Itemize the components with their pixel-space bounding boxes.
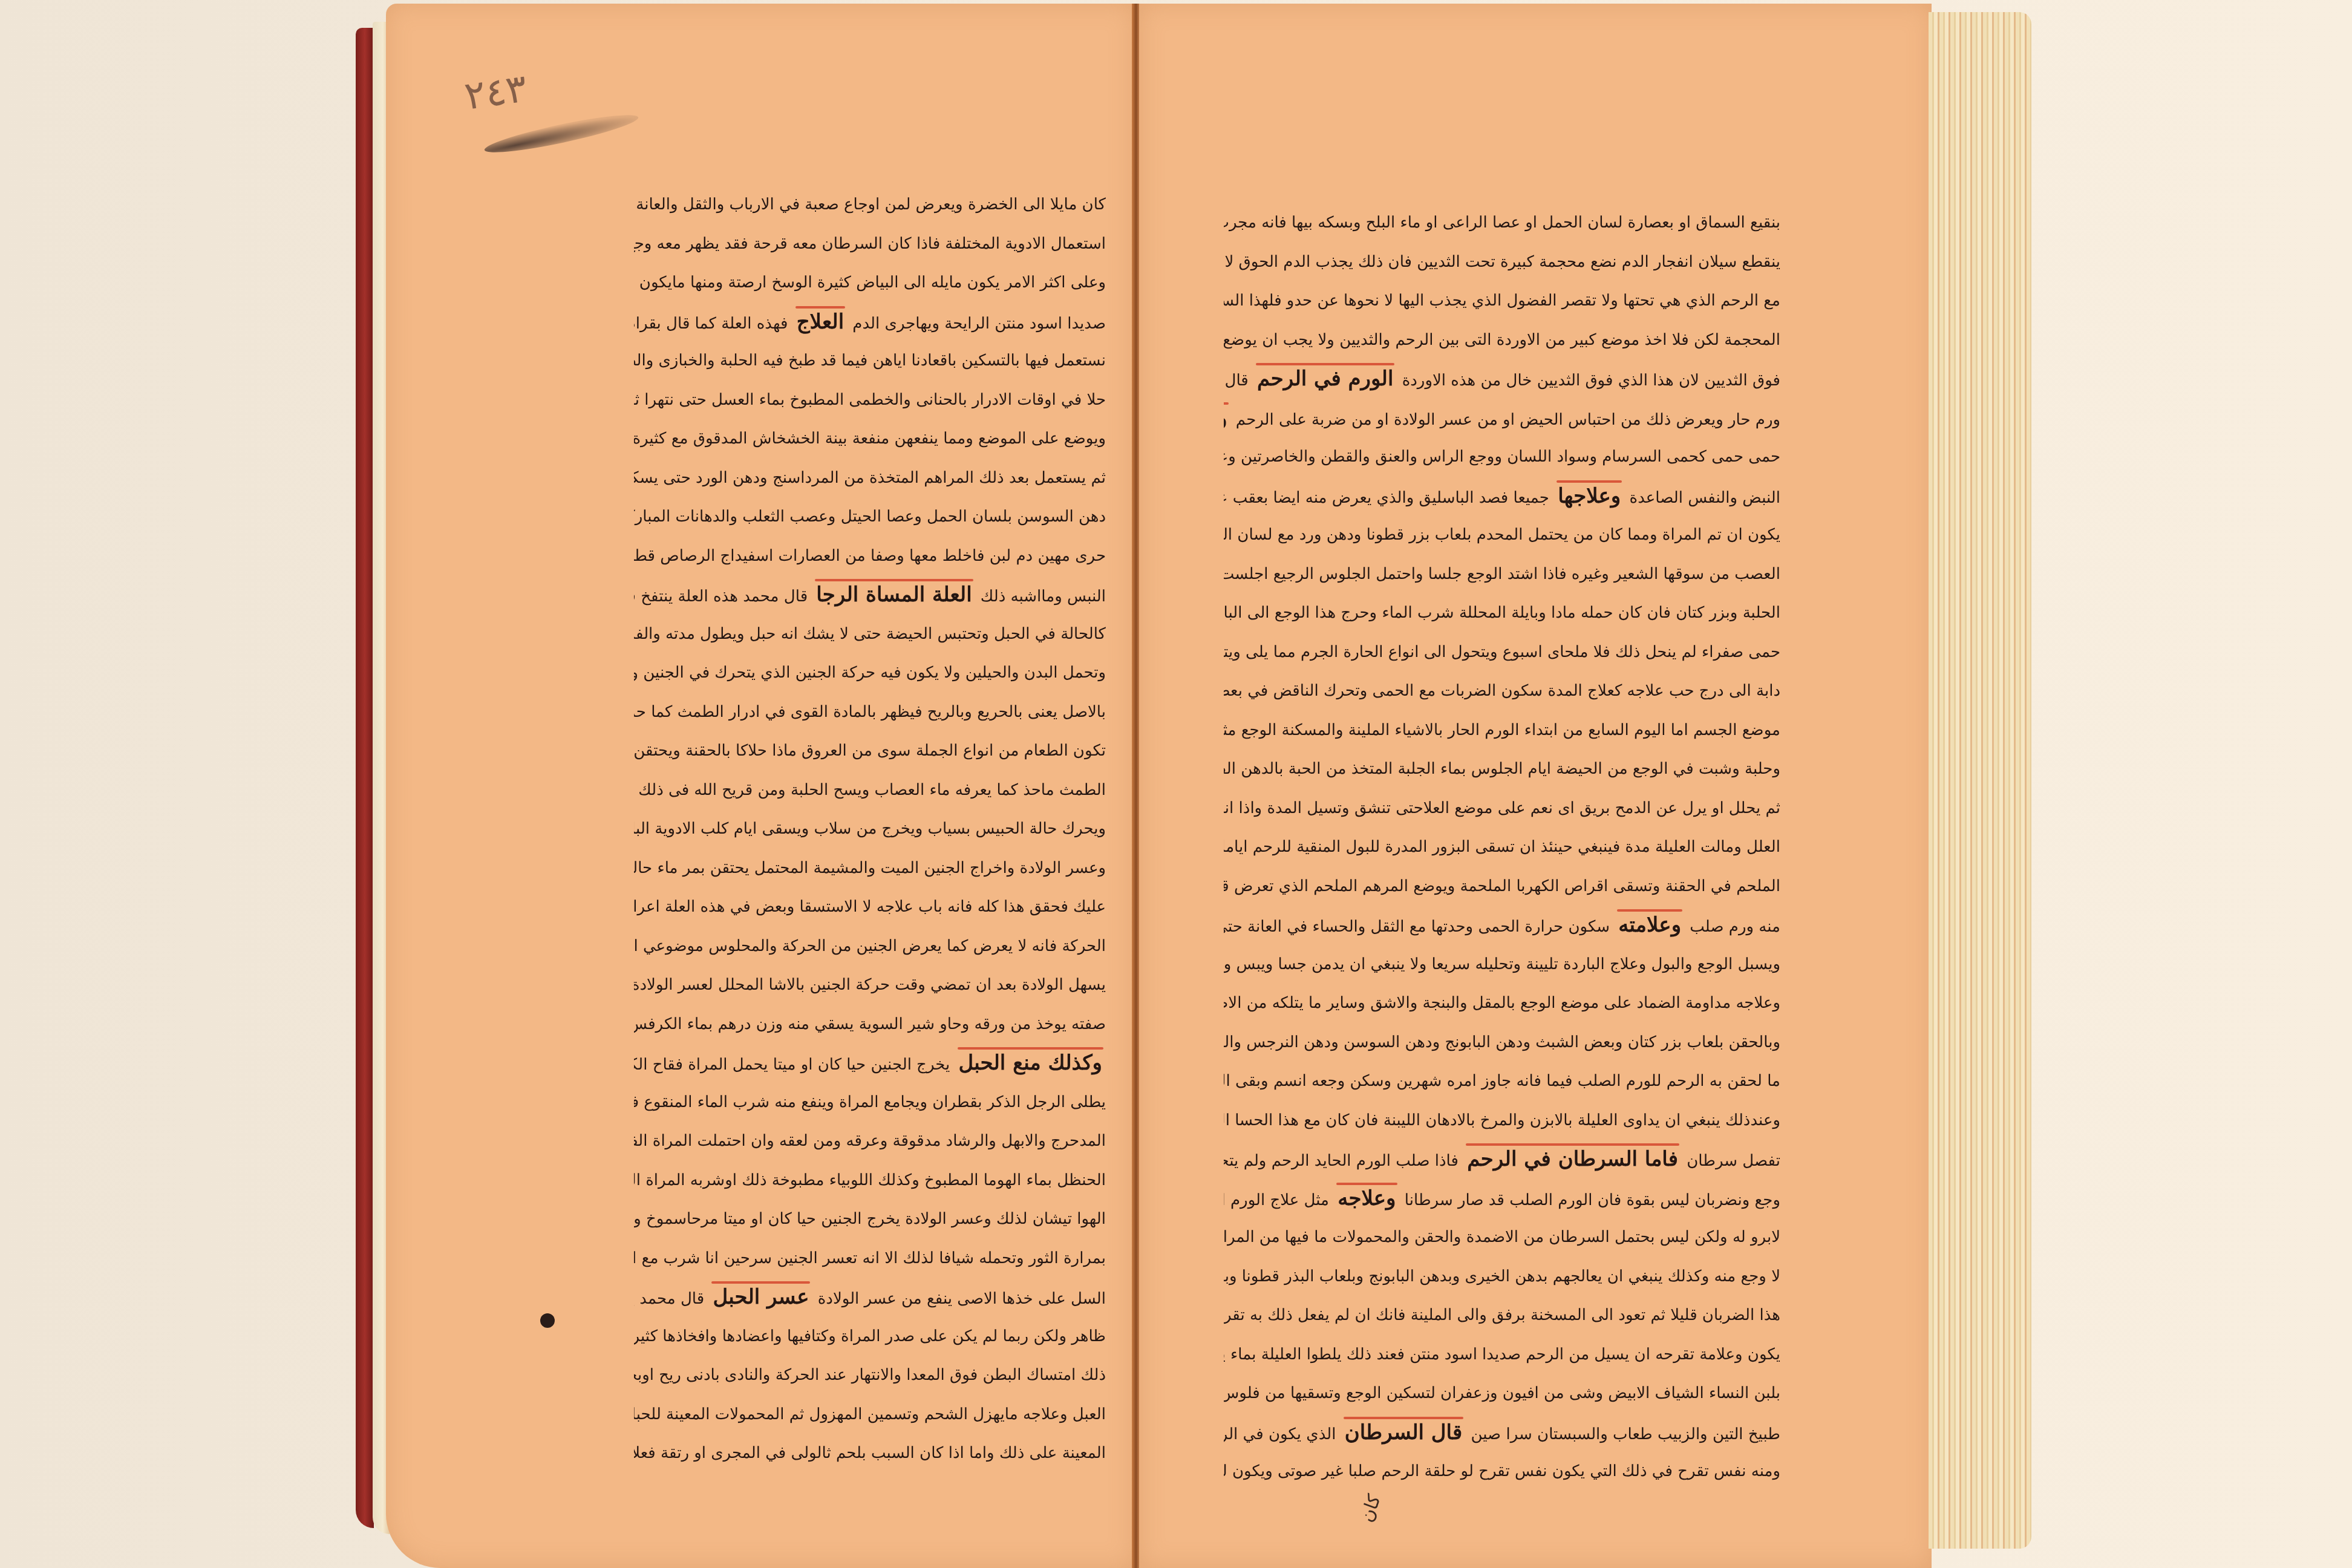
- line-text: ويوضع على الموضع ومما ينفعهن منفعة بينة …: [634, 430, 1106, 448]
- manuscript-line: النبس ومااشبه ذلك العلة المساة الرجا قال…: [634, 575, 1106, 615]
- manuscript-line: طبيخ التين والزبيب طعاب والسبستان سرا صي…: [1224, 1413, 1780, 1452]
- line-text: وتحمل البدن والحيلين ولا يكون فيه حركة ا…: [634, 664, 1106, 682]
- rubric-heading: وكذلك منع الحبل: [955, 1044, 1106, 1083]
- rubric-heading: قال السرطان: [1341, 1413, 1466, 1452]
- line-text: الحلبة وبزر كتان فان كان حمله مادا وبايل…: [1224, 604, 1780, 622]
- line-text: طبيخ التين والزبيب طعاب والسبستان سرا صي…: [1466, 1425, 1780, 1443]
- fore-edge-page-stack: [1929, 12, 2031, 1549]
- line-text: ويسبل الوجع والبول وعلاج الباردة تليينة …: [1224, 955, 1780, 973]
- right-text-block: بنقيع السماق او بعصارة لسان الحمل او عصا…: [1224, 203, 1780, 1491]
- line-text: النبض والنفس الصاعدة: [1624, 489, 1780, 507]
- line-text: يسهل الولادة بعد ان تمضي وقت حركة الجنين…: [634, 976, 1106, 994]
- manuscript-line: وجع ونضربان ليس بقوة فان الورم الصلب قد …: [1224, 1179, 1780, 1218]
- line-text: العلل ومالت العليلة مدة فينبغي حينئذ ان …: [1224, 838, 1780, 856]
- manuscript-line: ذلك امتساك البطن فوق المعدا والانتهار عن…: [634, 1356, 1106, 1395]
- line-text: قال محمد يكون منه: [1224, 371, 1253, 390]
- manuscript-line: العلل ومالت العليلة مدة فينبغي حينئذ ان …: [1224, 828, 1780, 867]
- rubric-heading: وعلامة: [1224, 399, 1231, 438]
- line-text: ثم يستعمل بعد ذلك المراهم المتخذة من الم…: [634, 469, 1106, 487]
- line-text: المحجمة لكن فلا اخذ موضع كبير من الاوردة…: [1224, 331, 1780, 349]
- line-text: دهن السوسن بلسان الحمل وعصا الحيتل وعصب …: [634, 508, 1106, 526]
- line-text: فوق الثديين لان هذا الذي فوق الثديين خال…: [1397, 371, 1780, 390]
- line-text: وبالحقن بلعاب بزر كتان وبعض الشبث ودهن ا…: [1224, 1033, 1780, 1051]
- manuscript-line: صديدا اسود منتن الرايحة ويهاجرى الدم الع…: [634, 302, 1106, 342]
- line-text: ثم يحلل او يرل عن الدمح بريق اى نعم على …: [1224, 799, 1780, 817]
- line-text: يكون ان تم المراة ومما كان من يحتمل المح…: [1224, 526, 1780, 544]
- manuscript-line: يكون ان تم المراة ومما كان من يحتمل المح…: [1224, 515, 1780, 555]
- left-page: ٢٤٣ كان مايلا الى الخضرة ويعرض لمن اوجاع…: [386, 4, 1134, 1568]
- manuscript-line: مع الرحم الذي هي تحتها ولا تقصر الفضول ا…: [1224, 281, 1780, 321]
- line-text: ينقطع سيلان انفجار الدم نضع محجمة كبيرة …: [1224, 253, 1780, 271]
- line-text: السل على خذها الاصى ينفع من عسر الولادة: [812, 1290, 1106, 1308]
- line-text: المدحرج والابهل والرشاد مدقوقة وعرقه ومن…: [634, 1132, 1106, 1150]
- manuscript-line: ومنه نفس تقرح في ذلك التي يكون نفس تقرح …: [1224, 1452, 1780, 1491]
- manuscript-line: تفصل سرطان فاما السرطان في الرحم فاذا صل…: [1224, 1140, 1780, 1179]
- manuscript-line: دابة الى درج حب علاجه كعلاج المدة سكون ا…: [1224, 671, 1780, 711]
- manuscript-line: صفته يوخذ من ورقه وحاو شير السوية يسقي م…: [634, 1005, 1106, 1044]
- manuscript-line: بنقيع السماق او بعصارة لسان الحمل او عصا…: [1224, 203, 1780, 243]
- line-text: الحنظل بماء الهوما المطبوخ وكذلك اللوبيا…: [634, 1171, 1106, 1189]
- line-text: بمرارة الثور وتحمله شيافا لذلك الا انه ت…: [634, 1249, 1106, 1267]
- manuscript-line: يسهل الولادة بعد ان تمضي وقت حركة الجنين…: [634, 965, 1106, 1005]
- manuscript-line: ويسبل الوجع والبول وعلاج الباردة تليينة …: [1224, 945, 1780, 984]
- manuscript-line: الحنظل بماء الهوما المطبوخ وكذلك اللوبيا…: [634, 1161, 1106, 1200]
- manuscript-line: ثم يستعمل بعد ذلك المراهم المتخذة من الم…: [634, 459, 1106, 498]
- catchword: كان: [1356, 1492, 1385, 1525]
- red-leather-binding: [356, 28, 374, 1528]
- line-text: وعندذلك ينبغي ان يداوى العليلة بالابزن و…: [1224, 1111, 1780, 1129]
- line-text: يخرج الجنين حيا كان او ميتا يحمل المراة …: [634, 1056, 955, 1074]
- line-text: حلا في اوقات الادرار بالحنانى والخطمى ال…: [634, 391, 1106, 409]
- line-text: موضع الجسم اما اليوم السابع من ابتداء ال…: [1224, 721, 1780, 739]
- line-text: كان مايلا الى الخضرة ويعرض لمن اوجاع صعب…: [634, 195, 1106, 214]
- manuscript-line: الهوا تيشان لذلك وعسر الولادة يخرج الجني…: [634, 1200, 1106, 1239]
- manuscript-line: النبض والنفس الصاعدة وعلاجها جميعا فصد ا…: [1224, 477, 1780, 516]
- manuscript-line: استعمال الادوية المختلفة فاذا كان السرطا…: [634, 224, 1106, 264]
- manuscript-line: حرى مهين دم لبن فاخلط معها وصفا من العصا…: [634, 537, 1106, 576]
- manuscript-line: عليك فحقق هذا كله فانه باب علاجه لا الاس…: [634, 887, 1106, 927]
- manuscript-line: حمى صفراء لم ينحل ذلك فلا ملحاى اسبوع وي…: [1224, 633, 1780, 672]
- line-text: وجع ونضربان ليس بقوة فان الورم الصلب قد …: [1400, 1191, 1780, 1209]
- line-text: بلبن النساء الشياف الابيض وشى من افيون و…: [1224, 1384, 1780, 1402]
- line-text: النبس ومااشبه ذلك: [976, 587, 1106, 606]
- line-text: حمى حمى كحمى السرسام وسواد اللسان ووجع ا…: [1224, 448, 1780, 466]
- line-text: استعمال الادوية المختلفة فاذا كان السرطا…: [634, 235, 1106, 253]
- right-page: بنقيع السماق او بعصارة لسان الحمل او عصا…: [1139, 4, 1932, 1568]
- left-text-block: كان مايلا الى الخضرة ويعرض لمن اوجاع صعب…: [634, 185, 1106, 1473]
- manuscript-line: وعلى اكثر الامر يكون مايله الى البياض كث…: [634, 263, 1106, 302]
- manuscript-line: ويوضع على الموضع ومما ينفعهن منفعة بينة …: [634, 419, 1106, 459]
- line-text: عليك فحقق هذا كله فانه باب علاجه لا الاس…: [634, 898, 1106, 916]
- manuscript-line: ورم حار ويعرض ذلك من احتباس الحيض او من …: [1224, 399, 1780, 438]
- manuscript-line: بالاصل يعنى بالحريع وبالريح فيظهر بالماد…: [634, 693, 1106, 732]
- line-text: وعلى اكثر الامر يكون مايله الى البياض كث…: [634, 273, 1106, 292]
- rubric-heading: عسر الحبل: [709, 1278, 812, 1317]
- rubric-heading: وعلاجها: [1554, 477, 1624, 516]
- line-text: تفصل سرطان: [1682, 1152, 1780, 1170]
- line-text: الملحم في الحقنة وتسقى اقراص الكهربا الم…: [1224, 877, 1780, 895]
- manuscript-line: دهن السوسن بلسان الحمل وعصا الحيتل وعصب …: [634, 497, 1106, 537]
- line-text: كالحالة في الحبل وتحتبس الحيضة حتى لا يش…: [634, 625, 1106, 643]
- rubric-heading: العلة المساة الرجا: [812, 575, 975, 615]
- line-text: يطلى الرجل الذكر بقطران ويجامع المراة وي…: [634, 1093, 1106, 1111]
- manuscript-line: ما لحقن به الرحم للورم الصلب فيما فانه ج…: [1224, 1062, 1780, 1101]
- line-text: تكون الطعام من انواع الجملة سوى من العرو…: [634, 742, 1106, 760]
- ink-smudge: [483, 108, 641, 158]
- line-text: فاذا صلب الورم الحايد الرحم ولم يتحلل وت…: [1224, 1152, 1463, 1170]
- manuscript-line: ثم يحلل او يرل عن الدمح بريق اى نعم على …: [1224, 789, 1780, 828]
- line-text: هذا الضربان قليلا ثم تعود الى المسخنة بر…: [1224, 1306, 1780, 1324]
- manuscript-line: حمى حمى كحمى السرسام وسواد اللسان ووجع ا…: [1224, 437, 1780, 477]
- line-text: نستعمل فيها بالتسكين باقعادنا اياهن فيما…: [634, 351, 1106, 370]
- rubric-heading: وعلاجه: [1334, 1179, 1399, 1218]
- line-text: صفته يوخذ من ورقه وحاو شير السوية يسقي م…: [634, 1015, 1106, 1033]
- manuscript-line: العبل وعلاجه مايهزل الشحم وتسمين المهزول…: [634, 1395, 1106, 1434]
- line-text: قال محمد هذه العلة ينتفخ فيها البطن ويعظ…: [634, 587, 812, 606]
- manuscript-line: يكون وعلامة تقرحه ان يسيل من الرحم صديدا…: [1224, 1335, 1780, 1374]
- line-text: مثل علاج الورم الصلب فقط مداواته: [1224, 1191, 1334, 1209]
- rubric-heading: فاما السرطان في الرحم: [1463, 1140, 1682, 1179]
- manuscript-line: لا وجع منه وكذلك ينبغي ان يعالجهم بدهن ا…: [1224, 1257, 1780, 1296]
- manuscript-line: كالحالة في الحبل وتحتبس الحيضة حتى لا يش…: [634, 615, 1106, 654]
- manuscript-line: الحركة فانه لا يعرض كما يعرض الجنين من ا…: [634, 927, 1106, 966]
- line-text: ويحرك حالة الحبيس بسياب ويخرج من سلاب وي…: [634, 820, 1106, 838]
- manuscript-line: حلا في اوقات الادرار بالحنانى والخطمى ال…: [634, 381, 1106, 420]
- line-text: ذلك امتساك البطن فوق المعدا والانتهار عن…: [634, 1366, 1106, 1384]
- manuscript-line: وعلاجه مداومة الضماد على موضع الوجع بالم…: [1224, 984, 1780, 1023]
- manuscript-line: لابرو له ولكن ليس بحتمل السرطان من الاضم…: [1224, 1218, 1780, 1257]
- manuscript-line: وعسر الولادة واخراج الجنين الميت والمشيم…: [634, 849, 1106, 888]
- manuscript-line: وتحمل البدن والحيلين ولا يكون فيه حركة ا…: [634, 653, 1106, 693]
- line-text: فهذه العلة كما قال بقراط الجليل لا يكاد …: [634, 315, 793, 333]
- line-text: بالاصل يعنى بالحريع وبالريح فيظهر بالماد…: [634, 703, 1106, 721]
- manuscript-line: العصب من سوقها الشعير وغيره فاذا اشتد ال…: [1224, 555, 1780, 594]
- line-text: وعلاجه مداومة الضماد على موضع الوجع بالم…: [1224, 994, 1780, 1012]
- manuscript-line: وحلبة وشبت في الوجع من الحيضة ايام الجلو…: [1224, 750, 1780, 789]
- line-text: ومنه نفس تقرح في ذلك التي يكون نفس تقرح …: [1224, 1462, 1780, 1480]
- line-text: دابة الى درج حب علاجه كعلاج المدة سكون ا…: [1224, 682, 1780, 700]
- manuscript-line: كان مايلا الى الخضرة ويعرض لمن اوجاع صعب…: [634, 185, 1106, 224]
- line-text: العبل وعلاجه مايهزل الشحم وتسمين المهزول…: [634, 1405, 1106, 1423]
- line-text: ظاهر ولكن ربما لم يكن على صدر المراة وكت…: [634, 1327, 1106, 1345]
- folio-number: ٢٤٣: [462, 66, 529, 119]
- manuscript-line: المدحرج والابهل والرشاد مدقوقة وعرقه ومن…: [634, 1122, 1106, 1161]
- line-text: الذي يكون في الرحم منه ما يكون في اللحم …: [1224, 1425, 1341, 1443]
- manuscript-line: وبالحقن بلعاب بزر كتان وبعض الشبث ودهن ا…: [1224, 1023, 1780, 1062]
- line-text: سكون حرارة الحمى وحدتها مع الثقل والحساء…: [1224, 918, 1615, 936]
- manuscript-line: منه ورم صلب وعلامته سكون حرارة الحمى وحد…: [1224, 906, 1780, 945]
- line-text: العصب من سوقها الشعير وغيره فاذا اشتد ال…: [1224, 565, 1780, 583]
- line-text: وحلبة وشبت في الوجع من الحيضة ايام الجلو…: [1224, 760, 1780, 778]
- manuscript-line: وكذلك منع الحبل يخرج الجنين حيا كان او م…: [634, 1044, 1106, 1083]
- open-manuscript: ٢٤٣ كان مايلا الى الخضرة ويعرض لمن اوجاع…: [356, 4, 2037, 1568]
- line-text: المعينة على ذلك واما اذا كان السبب بلحم …: [634, 1444, 1106, 1462]
- manuscript-line: الطمث ماحذ كما يعرفه ماء العصاب ويسح الح…: [634, 771, 1106, 810]
- manuscript-line: المحجمة لكن فلا اخذ موضع كبير من الاوردة…: [1224, 321, 1780, 360]
- manuscript-line: الحلبة وبزر كتان فان كان حمله مادا وبايل…: [1224, 593, 1780, 633]
- line-text: صديدا اسود منتن الرايحة ويهاجرى الدم: [848, 315, 1106, 333]
- line-text: الطمث ماحذ كما يعرفه ماء العصاب ويسح الح…: [634, 781, 1106, 799]
- manuscript-line: يطلى الرجل الذكر بقطران ويجامع المراة وي…: [634, 1083, 1106, 1122]
- line-text: قال محمد يكون من كثرة الشحم وعلامته: [634, 1290, 709, 1308]
- rubric-heading: وعلامته: [1615, 906, 1685, 945]
- rubric-heading: الورم في الرحم: [1253, 359, 1397, 399]
- manuscript-line: فوق الثديين لان هذا الذي فوق الثديين خال…: [1224, 359, 1780, 399]
- line-text: حمى صفراء لم ينحل ذلك فلا ملحاى اسبوع وي…: [1224, 643, 1780, 661]
- line-text: وعسر الولادة واخراج الجنين الميت والمشيم…: [634, 859, 1106, 877]
- manuscript-line: وعندذلك ينبغي ان يداوى العليلة بالابزن و…: [1224, 1101, 1780, 1140]
- line-text: الحركة فانه لا يعرض كما يعرض الجنين من ا…: [634, 937, 1106, 955]
- manuscript-line: ويحرك حالة الحبيس بسياب ويخرج من سلاب وي…: [634, 809, 1106, 849]
- manuscript-line: تكون الطعام من انواع الجملة سوى من العرو…: [634, 731, 1106, 771]
- manuscript-line: بلبن النساء الشياف الابيض وشى من افيون و…: [1224, 1374, 1780, 1413]
- line-text: لابرو له ولكن ليس بحتمل السرطان من الاضم…: [1224, 1228, 1780, 1246]
- manuscript-line: نستعمل فيها بالتسكين باقعادنا اياهن فيما…: [634, 341, 1106, 381]
- line-text: بنقيع السماق او بعصارة لسان الحمل او عصا…: [1224, 214, 1780, 232]
- manuscript-line: المعينة على ذلك واما اذا كان السبب بلحم …: [634, 1434, 1106, 1473]
- line-text: لا وجع منه وكذلك ينبغي ان يعالجهم بدهن ا…: [1224, 1267, 1780, 1285]
- manuscript-line: السل على خذها الاصى ينفع من عسر الولادة …: [634, 1278, 1106, 1317]
- line-text: الهوا تيشان لذلك وعسر الولادة يخرج الجني…: [634, 1210, 1106, 1228]
- line-text: ما لحقن به الرحم للورم الصلب فيما فانه ج…: [1224, 1072, 1780, 1090]
- line-text: يكون وعلامة تقرحه ان يسيل من الرحم صديدا…: [1224, 1345, 1780, 1364]
- line-text: جميعا فصد الباسليق والذي يعرض منه ايضا ب…: [1224, 489, 1554, 507]
- ink-blot: [540, 1313, 555, 1328]
- manuscript-line: ظاهر ولكن ربما لم يكن على صدر المراة وكت…: [634, 1317, 1106, 1356]
- line-text: مع الرحم الذي هي تحتها ولا تقصر الفضول ا…: [1224, 292, 1780, 310]
- line-text: حرى مهين دم لبن فاخلط معها وصفا من العصا…: [634, 547, 1106, 565]
- manuscript-line: ينقطع سيلان انفجار الدم نضع محجمة كبيرة …: [1224, 243, 1780, 282]
- manuscript-line: موضع الجسم اما اليوم السابع من ابتداء ال…: [1224, 711, 1780, 750]
- line-text: ورم حار ويعرض ذلك من احتباس الحيض او من …: [1231, 411, 1780, 429]
- manuscript-line: هذا الضربان قليلا ثم تعود الى المسخنة بر…: [1224, 1296, 1780, 1335]
- manuscript-line: الملحم في الحقنة وتسقى اقراص الكهربا الم…: [1224, 867, 1780, 906]
- rubric-heading: العلاج: [793, 302, 848, 342]
- manuscript-line: بمرارة الثور وتحمله شيافا لذلك الا انه ت…: [634, 1239, 1106, 1278]
- line-text: منه ورم صلب: [1685, 918, 1780, 936]
